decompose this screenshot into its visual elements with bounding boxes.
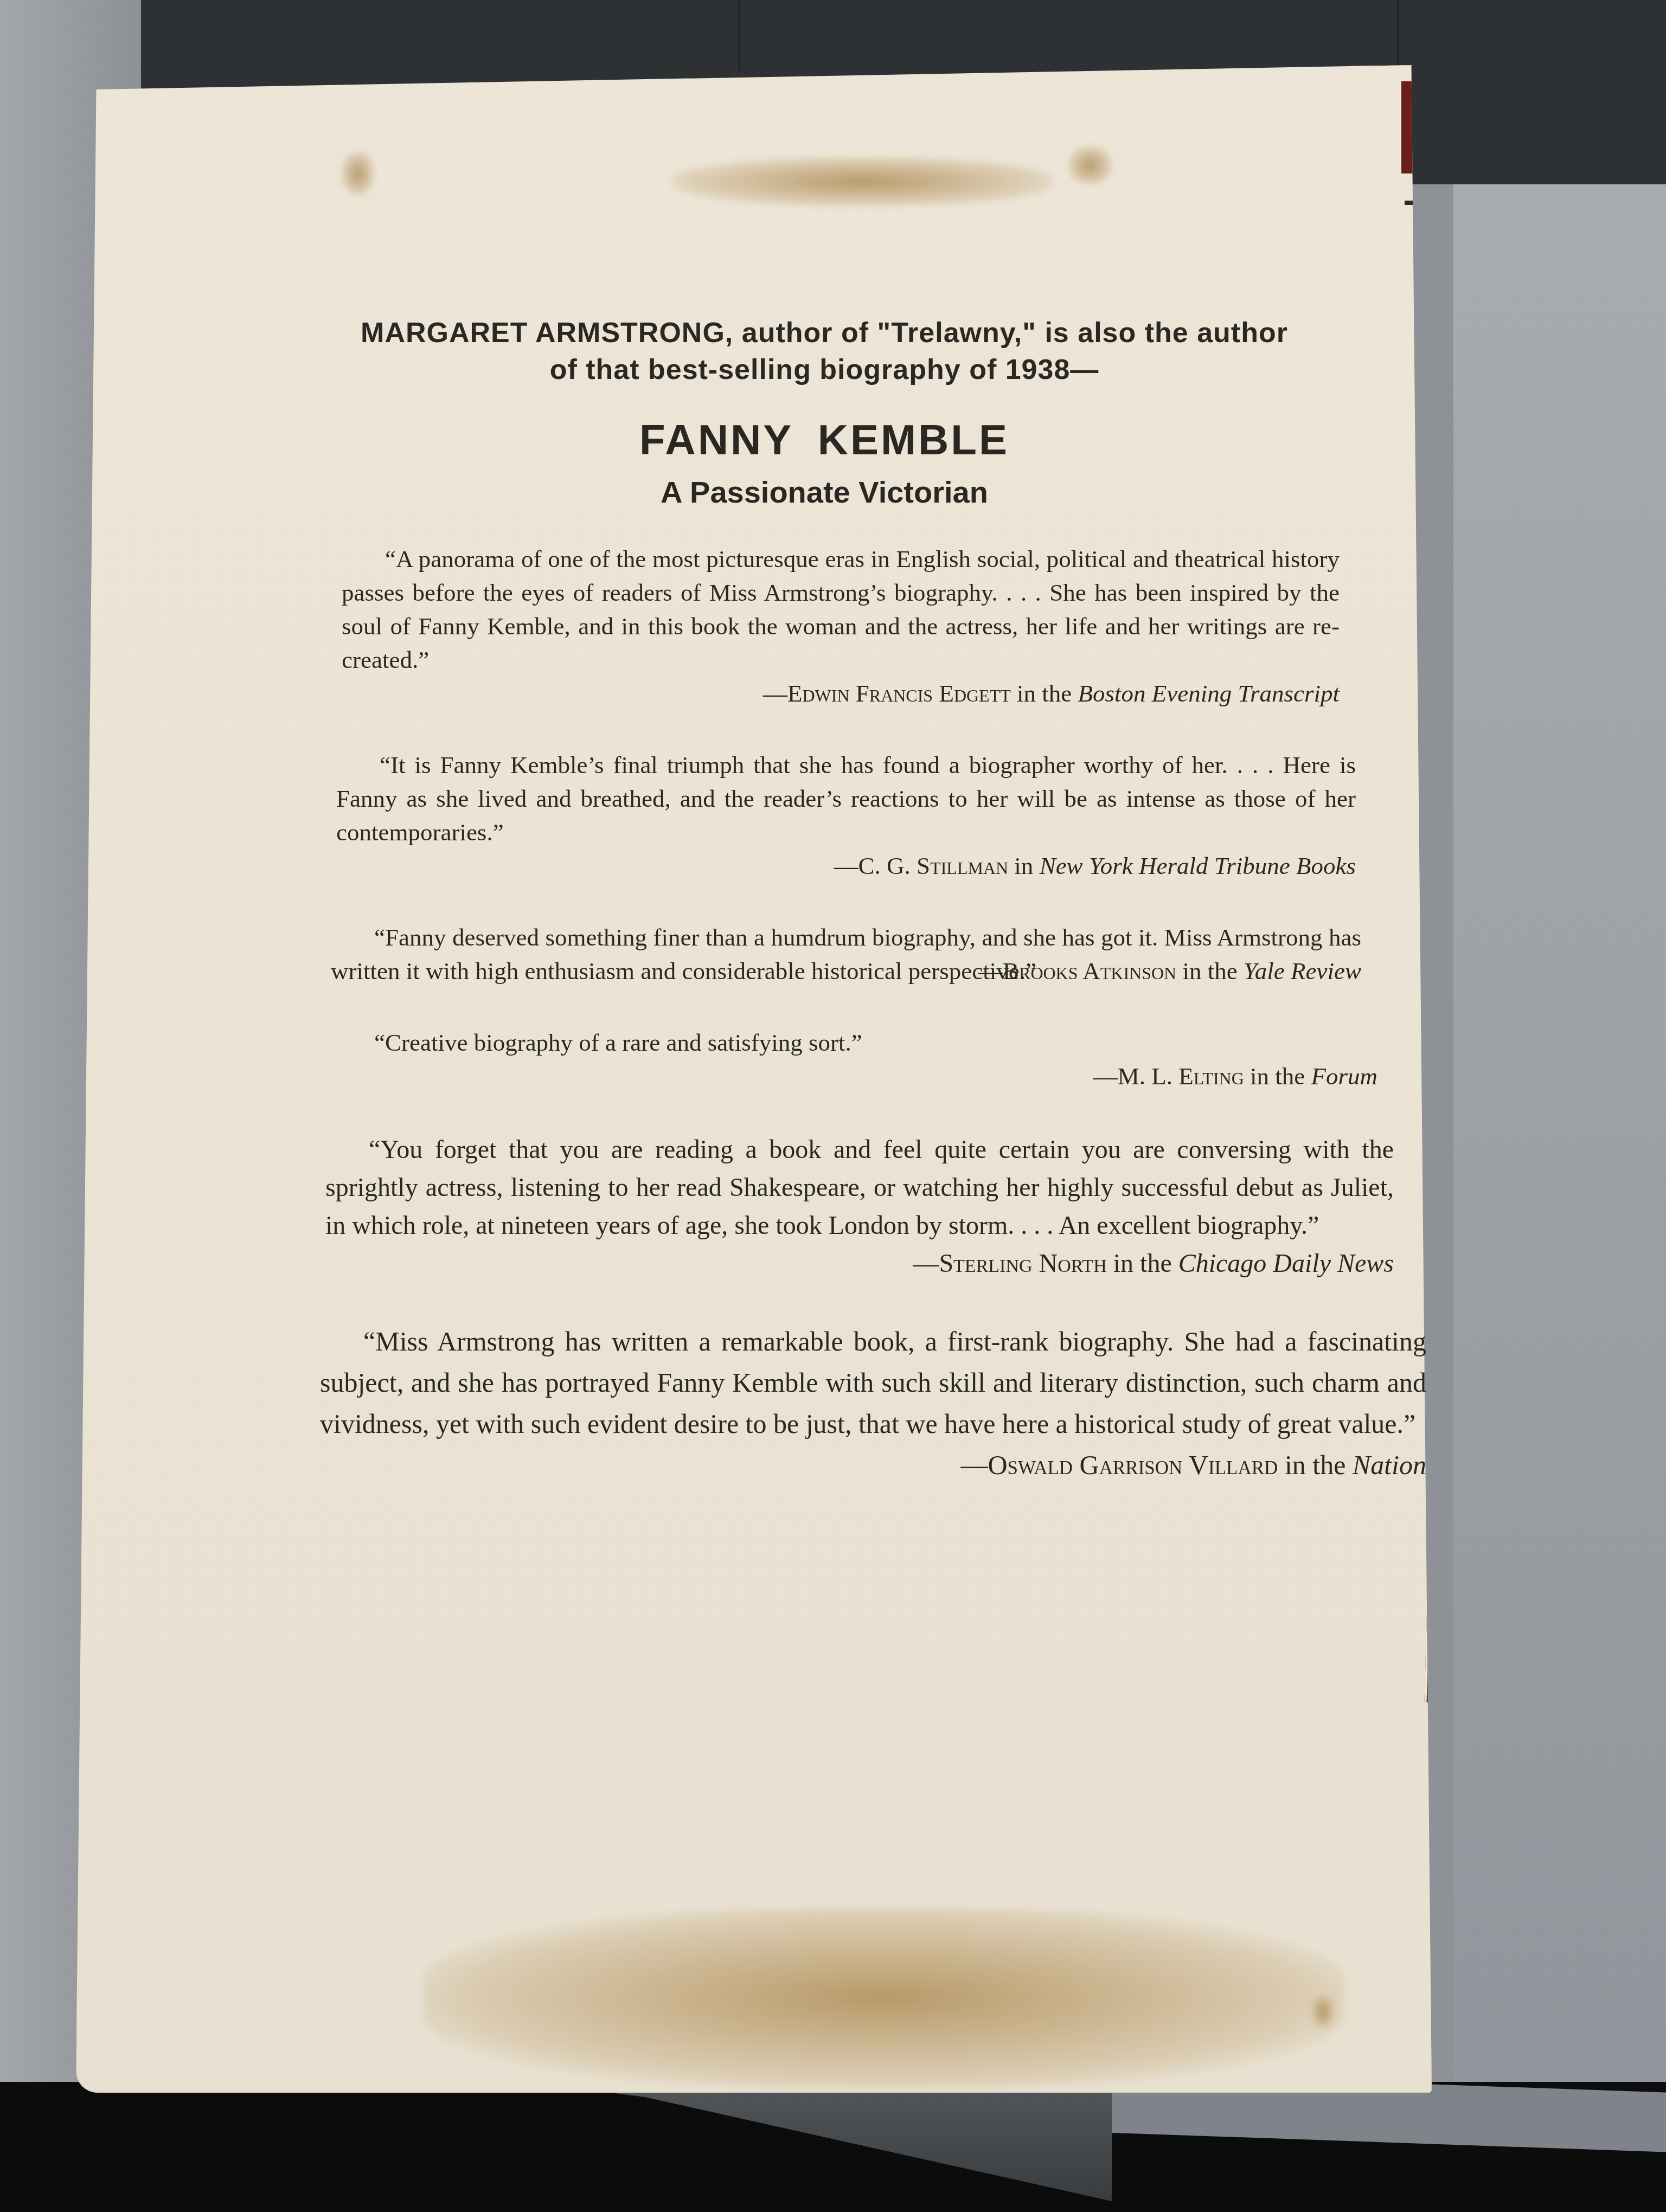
- review-quote: “Creative biography of a rare and satisf…: [331, 1026, 1377, 1059]
- publication-name: Forum: [1311, 1063, 1378, 1090]
- review-attribution: —C. G. Stillman in New York Herald Tribu…: [336, 849, 1356, 883]
- review-stillman: “It is Fanny Kemble’s final triumph that…: [336, 748, 1356, 883]
- review-attribution: —Oswald Garrison Villard in the Nation: [320, 1444, 1426, 1486]
- reviewer-name: M. L. Elting: [1118, 1063, 1244, 1090]
- review-quote: “A panorama of one of the most picturesq…: [342, 542, 1340, 677]
- intro-line-2: of that best-selling biography of 1938—: [347, 351, 1302, 388]
- jacket-text: MARGARET ARMSTRONG, author of "Trelawny,…: [325, 314, 1453, 1486]
- review-north: “You forget that you are reading a book …: [325, 1131, 1394, 1283]
- book-subtitle: A Passionate Victorian: [325, 474, 1323, 510]
- review-atkinson: “Fanny deserved something finer than a h…: [331, 921, 1361, 988]
- top-stain-small: [342, 152, 374, 195]
- review-attribution: —Sterling North in the Chicago Daily New…: [325, 1245, 1394, 1283]
- top-stain-small: [1068, 146, 1112, 184]
- review-quote: “Miss Armstrong has written a remarkable…: [320, 1321, 1426, 1444]
- review-edgett: “A panorama of one of the most picturesq…: [342, 542, 1340, 710]
- spine-rule: [1405, 201, 1437, 205]
- publication-name: New York Herald Tribune Books: [1040, 852, 1356, 879]
- intro-line-1: MARGARET ARMSTRONG, author of "Trelawny,…: [347, 314, 1302, 351]
- table-surface-right: [1453, 184, 1666, 2169]
- publication-name: Yale Review: [1244, 957, 1361, 985]
- reviewer-name: C. G. Stillman: [858, 852, 1009, 879]
- publication-name: Nation: [1353, 1450, 1426, 1480]
- publication-name: Chicago Daily News: [1178, 1249, 1394, 1278]
- review-attribution: —Edwin Francis Edgett in the Boston Even…: [342, 677, 1340, 710]
- mat-seam: [739, 0, 740, 70]
- review-quote: “It is Fanny Kemble’s final triumph that…: [336, 748, 1356, 849]
- review-villard: “Miss Armstrong has written a remarkable…: [320, 1321, 1426, 1486]
- publication-name: Boston Evening Transcript: [1078, 680, 1340, 707]
- review-quote: “You forget that you are reading a book …: [325, 1131, 1394, 1245]
- reviewer-name: Sterling North: [939, 1249, 1106, 1278]
- book-title: FANNY KEMBLE: [325, 415, 1323, 465]
- review-elting: “Creative biography of a rare and satisf…: [331, 1026, 1377, 1093]
- bottom-stain: [423, 1908, 1345, 2087]
- author-intro: MARGARET ARMSTRONG, author of "Trelawny,…: [347, 314, 1302, 388]
- reviewer-name: Oswald Garrison Villard: [988, 1450, 1278, 1480]
- mat-seam: [1397, 0, 1399, 70]
- top-stain: [672, 157, 1052, 206]
- review-attribution: —M. L. Elting in the Forum: [331, 1059, 1377, 1093]
- reviewer-name: Edwin Francis Edgett: [787, 680, 1011, 707]
- reviewer-name: Brooks Atkinson: [1003, 957, 1176, 985]
- bottom-spot: [1312, 1995, 1334, 2028]
